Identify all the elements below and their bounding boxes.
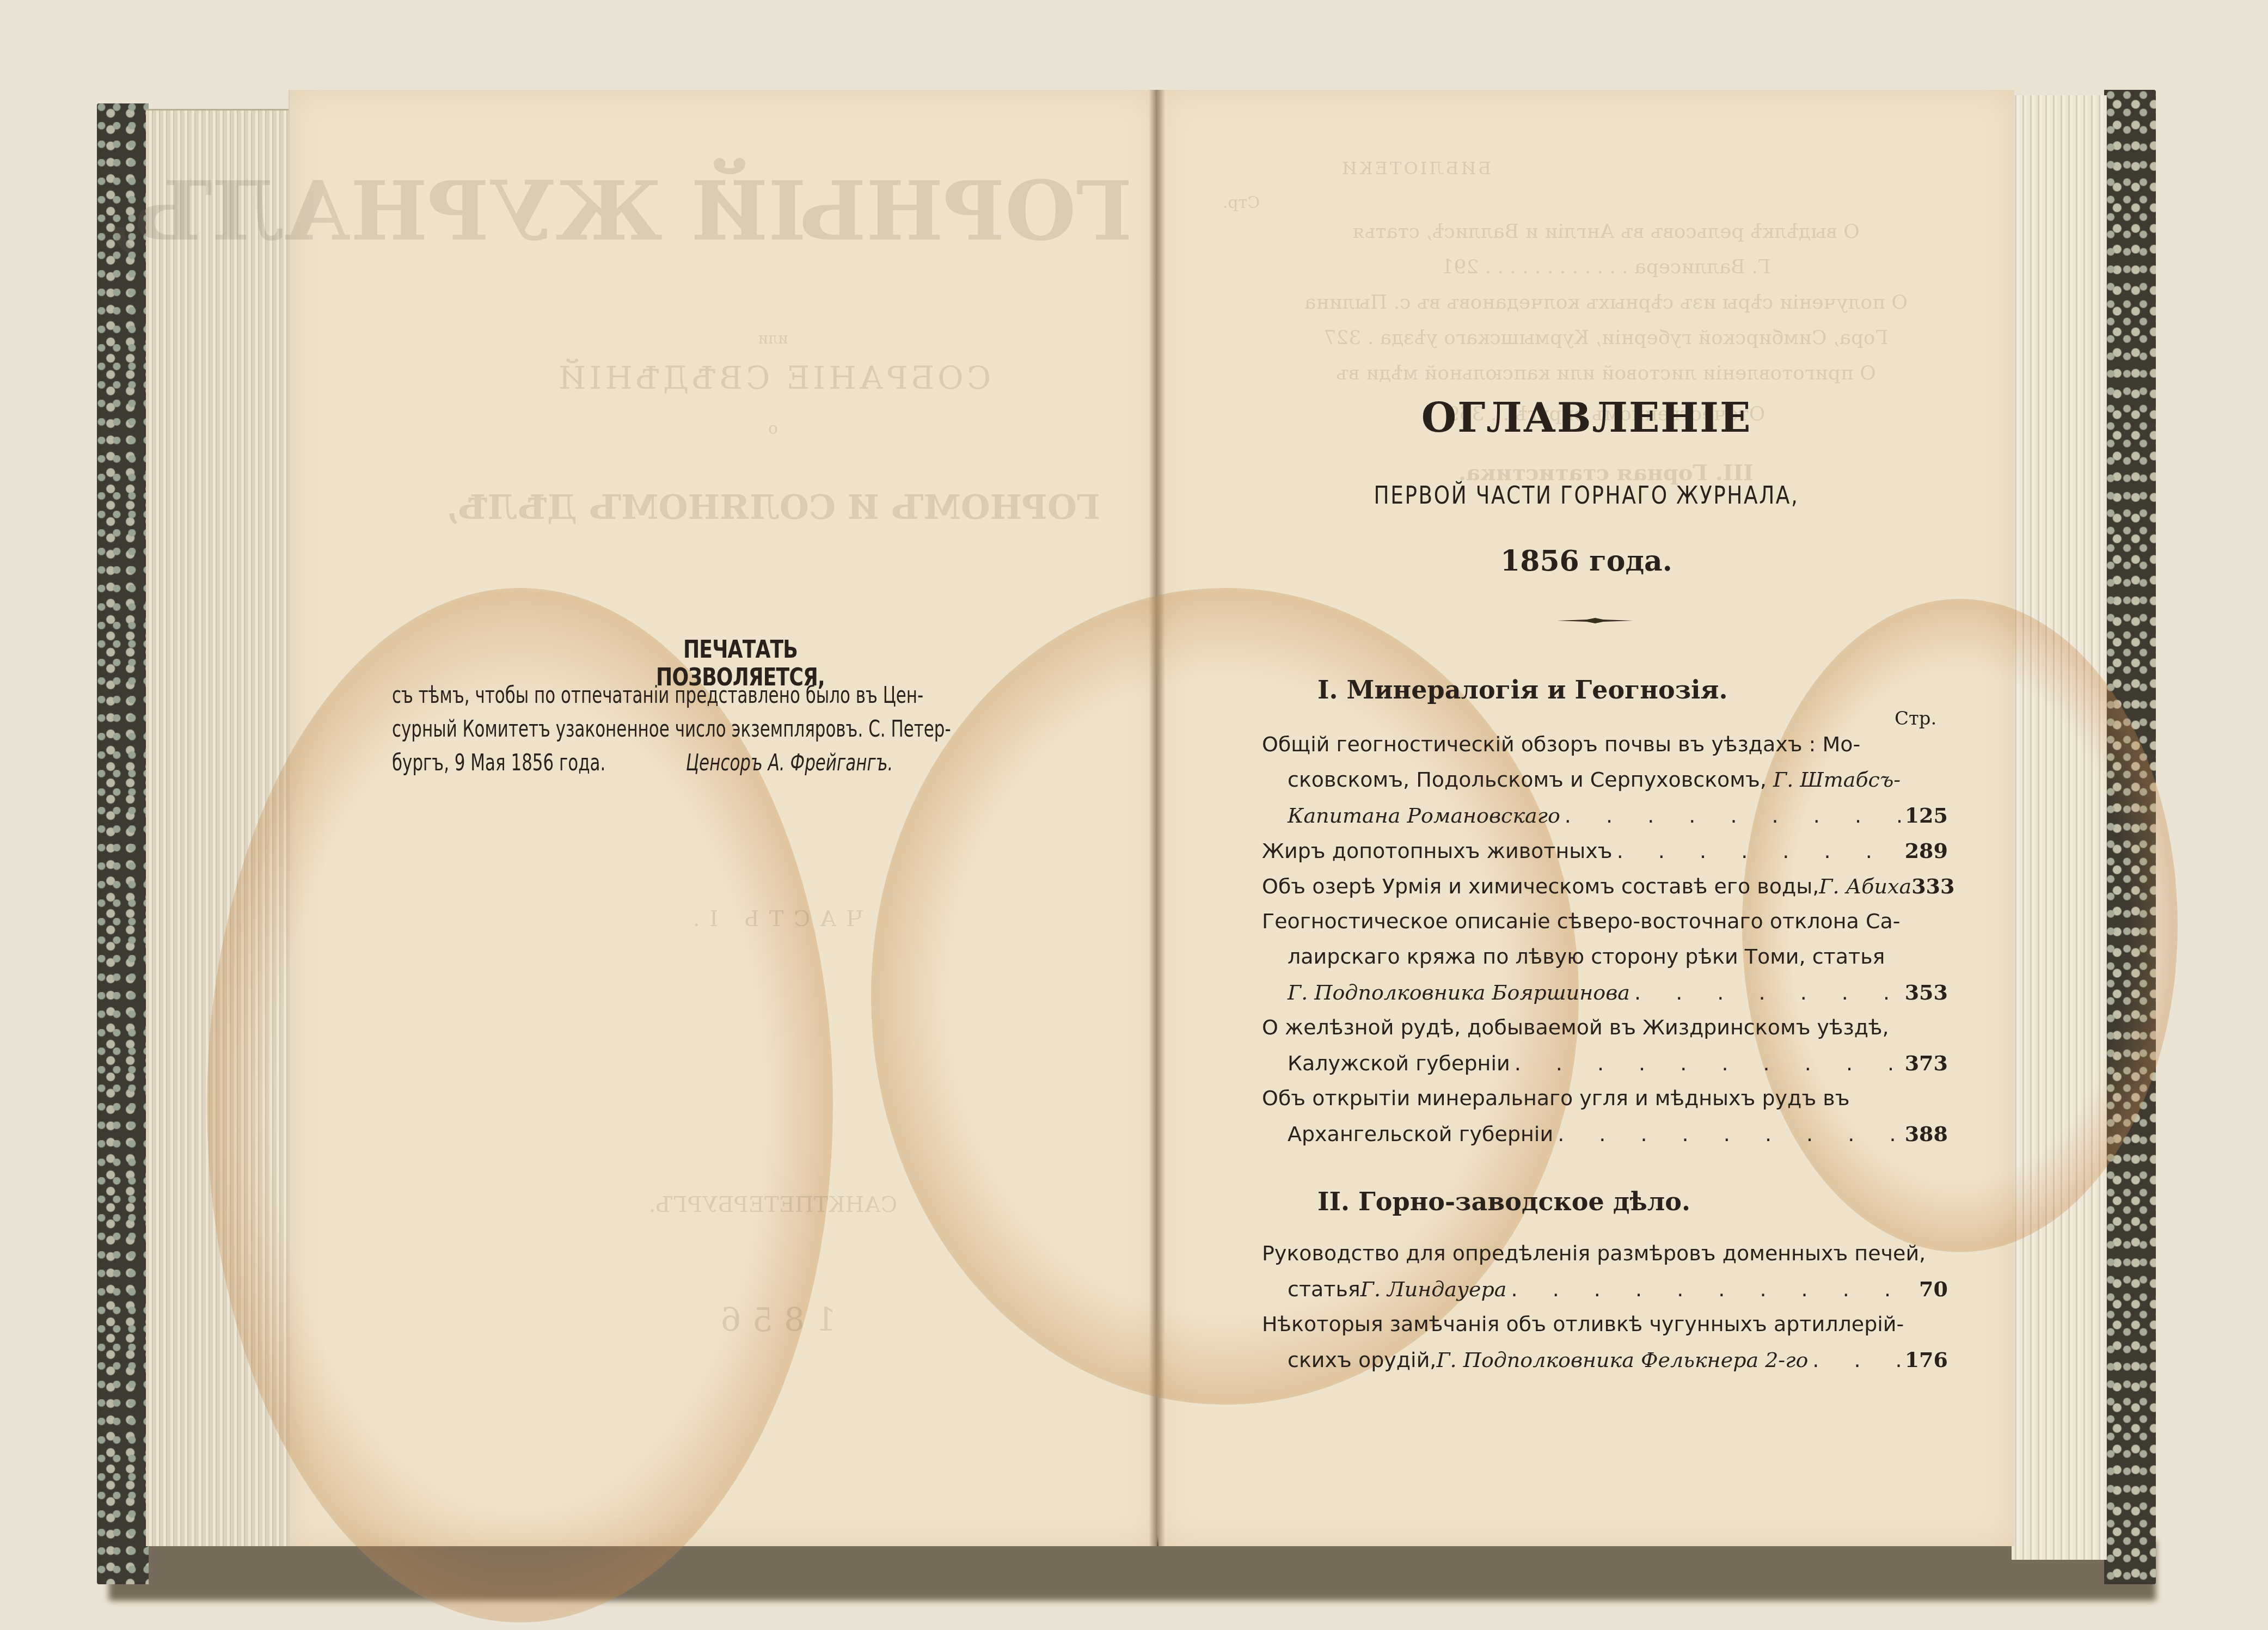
toc-entry-line: Руководство для опредѣленія размѣровъ до…	[1262, 1241, 1926, 1265]
bleed-collection: СОБРАНІЕ СВѢДѢНІЙ	[414, 359, 1132, 396]
bleed-title: ГОРНЫЙ ЖУРНАЛЪ,	[414, 163, 1132, 259]
toc-section-title: I. Минералогія и Геогнозія.	[1317, 675, 1727, 704]
leader-dots: . . . . . . . . . . . . . . . . . . . . …	[1613, 839, 1905, 863]
toc-page-number: 289	[1905, 838, 1948, 863]
censor-signature: Ценсоръ А. Фрейгангъ.	[686, 749, 893, 776]
leader-dots: . . . . . . . . . . . . . . . . . . . . …	[1560, 804, 1905, 828]
toc-entry[interactable]: статья Г. Линдауера . . . . . . . . . . …	[1288, 1277, 1948, 1301]
toc-page-number: 353	[1905, 980, 1948, 1004]
toc-entry-author: Г. Штабсъ-	[1773, 768, 1901, 792]
toc-entry[interactable]: Г. Подполковника Бояршинова . . . . . . …	[1288, 980, 1948, 1004]
toc-section-title: II. Горно-заводское дѣло.	[1317, 1187, 1690, 1216]
toc-entry-text: статья	[1288, 1277, 1360, 1301]
toc-entry-line: О желѣзной рудѣ, добываемой въ Жиздринск…	[1262, 1015, 1889, 1039]
page-column-label: Стр.	[1895, 708, 1936, 730]
censor-text-line: бургъ, 9 Мая 1856 года. Ценсоръ А. Фрейг…	[392, 749, 893, 776]
toc-entry-line: Геогностическое описаніе сѣверо-восточна…	[1262, 909, 1901, 933]
bleed-year: 1856	[414, 1301, 1132, 1339]
leader-dots: . . . . . . . . . . . . . . . . . . . . …	[1630, 981, 1905, 1004]
toc-entry-line: Нѣкоторыя замѣчанія объ отливкѣ чугунных…	[1262, 1312, 1904, 1336]
bleed-subject: ГОРНОМЪ И СОЛЯНОМЪ ДѢЛѢ,	[414, 487, 1132, 527]
toc-entry-line: сковскомъ, Подольскомъ и Серпуховскомъ, …	[1288, 768, 1901, 792]
toc-entry[interactable]: Калужской губерніи . . . . . . . . . . .…	[1288, 1051, 1948, 1075]
bleed-line: Гора, Симбирской губерніи, Курмышскаго у…	[1225, 327, 1987, 349]
leader-dots: . . . . . .	[1808, 1348, 1904, 1372]
bleed-or: или	[414, 329, 1132, 347]
leader-dots: . . . . . . . . . . . . . . . . . . . . …	[1553, 1122, 1905, 1146]
bleed-city: САНКТПЕТЕРБУРГЪ.	[414, 1192, 1132, 1217]
toc-page-number: 373	[1905, 1051, 1948, 1075]
bleed-line: О выдѣлкѣ рельсовъ въ Англіи и Валлисѣ, …	[1225, 220, 1987, 243]
toc-entry[interactable]: Капитана Романовскаго . . . . . . . . . …	[1288, 803, 1948, 828]
toc-page-number: 176	[1905, 1347, 1948, 1372]
toc-entry-author: Г. Абиха	[1819, 874, 1911, 898]
toc-page-number: 333	[1911, 874, 1954, 898]
toc-entry-line: Объ открытіи минеральнаго угля и мѣдныхъ…	[1262, 1086, 1850, 1110]
bleed-stamp: БИБЛІОТЕКИ	[1252, 158, 1579, 179]
toc-entry-author: Г. Подполковника Фелькнера 2-го	[1436, 1348, 1808, 1372]
toc-entry-line: Общій геогностическій обзоръ почвы въ уѣ…	[1262, 732, 1860, 756]
bleed-part: ЧАСТЬ I.	[414, 906, 1132, 932]
toc-entry[interactable]: Объ озерѣ Урмія и химическомъ составѣ ег…	[1262, 874, 1948, 898]
toc-page-number: 388	[1905, 1122, 1948, 1146]
toc-entry-author: Г. Линдауера	[1360, 1277, 1507, 1301]
censor-text-line: съ тѣмъ, чтобы по отпечатаніи представле…	[392, 682, 958, 709]
toc-entry-text: Архангельской губерніи	[1288, 1122, 1553, 1146]
leader-dots: . . . . . . . . . . . . . . . . . . . . …	[1507, 1277, 1920, 1301]
toc-entry-text: сковскомъ, Подольскомъ и Серпуховскомъ,	[1288, 768, 1773, 792]
toc-entry-text: Объ озерѣ Урмія и химическомъ составѣ ег…	[1262, 874, 1819, 898]
left-marbled-cover	[97, 103, 149, 1584]
toc-entry-text: Жиръ допотопныхъ животныхъ	[1262, 839, 1613, 863]
bleed-about: о	[414, 419, 1132, 438]
bleed-str: Стр.	[1217, 193, 1266, 212]
bleed-line: О приготовленіи листовой или капсюльной …	[1225, 362, 1987, 384]
toc-year: 1856 года.	[1158, 544, 2014, 578]
toc-entry[interactable]: скихъ орудій, Г. Подполковника Фелькнера…	[1288, 1347, 1948, 1372]
toc-entry-text: скихъ орудій,	[1288, 1348, 1436, 1372]
ornament-rule-icon	[1557, 618, 1633, 623]
toc-heading: ОГЛАВЛЕНІЕ	[1158, 395, 2014, 442]
bleed-line: Г. Валлисера . . . . . . . . . . . . 291	[1225, 256, 1987, 278]
toc-page-number: 125	[1905, 803, 1948, 828]
censor-text-line: сурный Комитетъ узаконенное число экземп…	[392, 715, 958, 743]
bleed-line: О полученіи сѣры изъ сѣрныхъ колчедановъ…	[1225, 291, 1987, 314]
censor-date: бургъ, 9 Мая 1856 года.	[392, 749, 605, 776]
toc-entry-text: Калужской губерніи	[1288, 1051, 1510, 1075]
toc-entry-line: лаирскаго кряжа по лѣвую сторону рѣки То…	[1288, 945, 1885, 969]
water-stain	[207, 588, 833, 1622]
toc-entry[interactable]: Жиръ допотопныхъ животныхъ . . . . . . .…	[1262, 838, 1948, 863]
leader-dots: . . . . . . . . . . . . . . . . . . . . …	[1510, 1051, 1905, 1075]
toc-subheading: ПЕРВОЙ ЧАСТИ ГОРНАГО ЖУРНАЛА,	[1223, 482, 1950, 510]
toc-entry[interactable]: Архангельской губерніи . . . . . . . . .…	[1288, 1122, 1948, 1146]
toc-page-number: 70	[1919, 1277, 1948, 1301]
toc-entry-author: Капитана Романовскаго	[1288, 804, 1560, 828]
toc-entry-author: Г. Подполковника Бояршинова	[1288, 981, 1630, 1004]
